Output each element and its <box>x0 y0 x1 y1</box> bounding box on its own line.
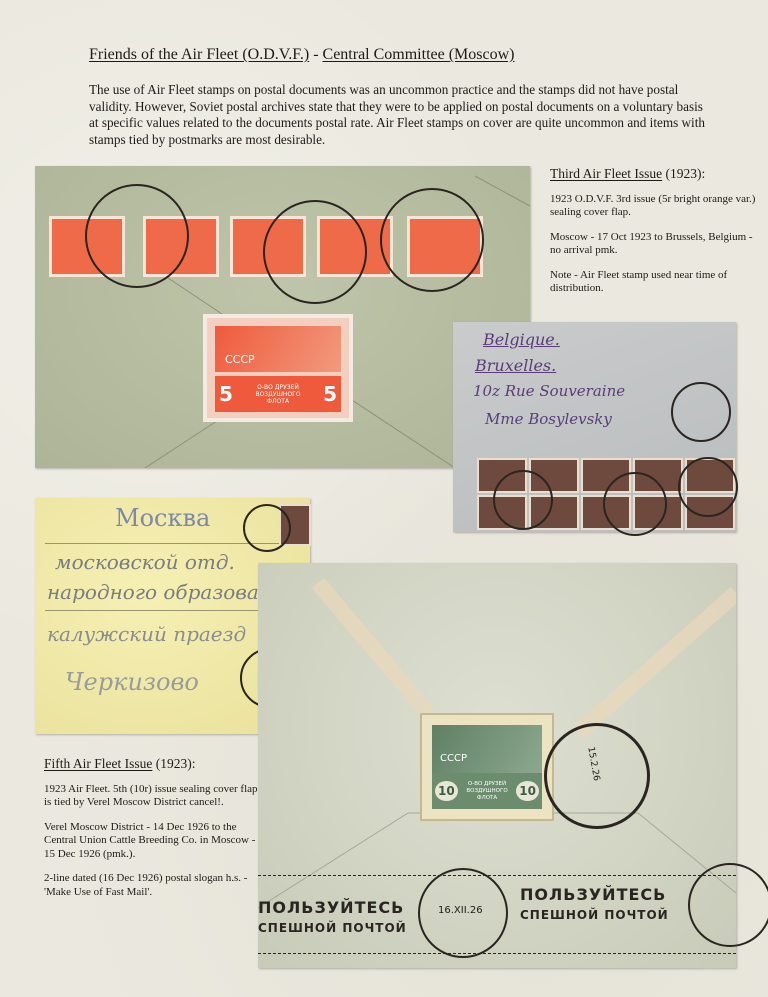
note-paragraph: Moscow - 17 Oct 1923 to Brussels, Belgiu… <box>550 231 760 258</box>
slogan-dater <box>688 863 768 947</box>
stamp-value-left: 5 <box>219 382 233 406</box>
note-paragraph: 1923 Air Fleet. 5th (10r) issue sealing … <box>44 783 259 810</box>
stamp-text: О-ВО ДРУЗЕЙ ВОЗДУШНОГО ФЛОТА <box>248 384 308 405</box>
fifth-issue-heading: Fifth Air Fleet Issue (1923): <box>44 757 259 771</box>
postmark <box>380 188 484 292</box>
stamp-value-left: 10 <box>435 781 458 801</box>
stamp-text: О-ВО ДРУЗЕЙ ВОЗДУШНОГО ФЛОТА <box>462 781 512 802</box>
third-issue-notes: Third Air Fleet Issue (1923): 1923 O.D.V… <box>550 167 760 307</box>
stamp-value-right: 5 <box>323 382 337 406</box>
postmark <box>85 184 189 288</box>
stamp-country: СССР <box>225 353 255 366</box>
third-issue-heading: Third Air Fleet Issue (1923): <box>550 167 760 181</box>
title-separator: - <box>309 46 322 63</box>
cover-front-brussels: Belgique. Bruxelles. 10z Rue Souveraine … <box>453 322 736 532</box>
postmark <box>603 472 667 536</box>
postmark <box>263 200 367 304</box>
postmark <box>671 382 731 442</box>
stamp-country: СССР <box>440 753 467 764</box>
fifth-issue-notes: Fifth Air Fleet Issue (1923): 1923 Air F… <box>44 757 259 910</box>
intro-paragraph: The use of Air Fleet stamps on postal do… <box>89 82 709 148</box>
title-sub: Central Committee (Moscow) <box>323 46 515 63</box>
air-fleet-stamp-5r: СССР 5 О-ВО ДРУЗЕЙ ВОЗДУШНОГО ФЛОТА 5 <box>203 314 353 422</box>
address-line: московской отд. <box>55 550 235 574</box>
slogan-cancel-left: ПОЛЬЗУЙТЕСЬ СПЕШНОЙ ПОЧТОЙ <box>258 898 407 938</box>
note-paragraph: Note - Air Fleet stamp used near time of… <box>550 269 760 296</box>
address-line: Москва <box>115 504 210 532</box>
postmark <box>493 470 553 530</box>
page-title: Friends of the Air Fleet (O.D.V.F.) - Ce… <box>89 46 514 64</box>
address-line: народного образован <box>47 580 272 604</box>
slogan-cancel-right: ПОЛЬЗУЙТЕСЬ СПЕШНОЙ ПОЧТОЙ <box>520 885 669 925</box>
cover-back-verel-1926: СССР 10 О-ВО ДРУЗЕЙ ВОЗДУШНОГО ФЛОТА 10 … <box>258 563 736 968</box>
note-paragraph: 1923 O.D.V.F. 3rd issue (5r bright orang… <box>550 193 760 220</box>
note-paragraph: 2-line dated (16 Dec 1926) postal slogan… <box>44 872 259 899</box>
address-line: Черкизово <box>65 668 199 696</box>
album-page: Friends of the Air Fleet (O.D.V.F.) - Ce… <box>0 0 768 997</box>
postmark <box>678 457 738 517</box>
address-line: Belgique. <box>483 330 560 349</box>
address-line: Mme Bosylevsky <box>485 410 612 428</box>
postmark <box>243 504 291 552</box>
slogan-date: 16.XII.26 <box>438 905 483 916</box>
address-line: Bruxelles. <box>475 356 556 375</box>
stamp-value-right: 10 <box>516 781 539 801</box>
air-fleet-stamp-10r: СССР 10 О-ВО ДРУЗЕЙ ВОЗДУШНОГО ФЛОТА 10 <box>420 713 554 821</box>
address-line: 10z Rue Souveraine <box>473 382 625 400</box>
title-main: Friends of the Air Fleet (O.D.V.F.) <box>89 46 309 63</box>
address-line: калужский праезд <box>47 622 246 646</box>
note-paragraph: Verel Moscow District - 14 Dec 1926 to t… <box>44 821 259 862</box>
